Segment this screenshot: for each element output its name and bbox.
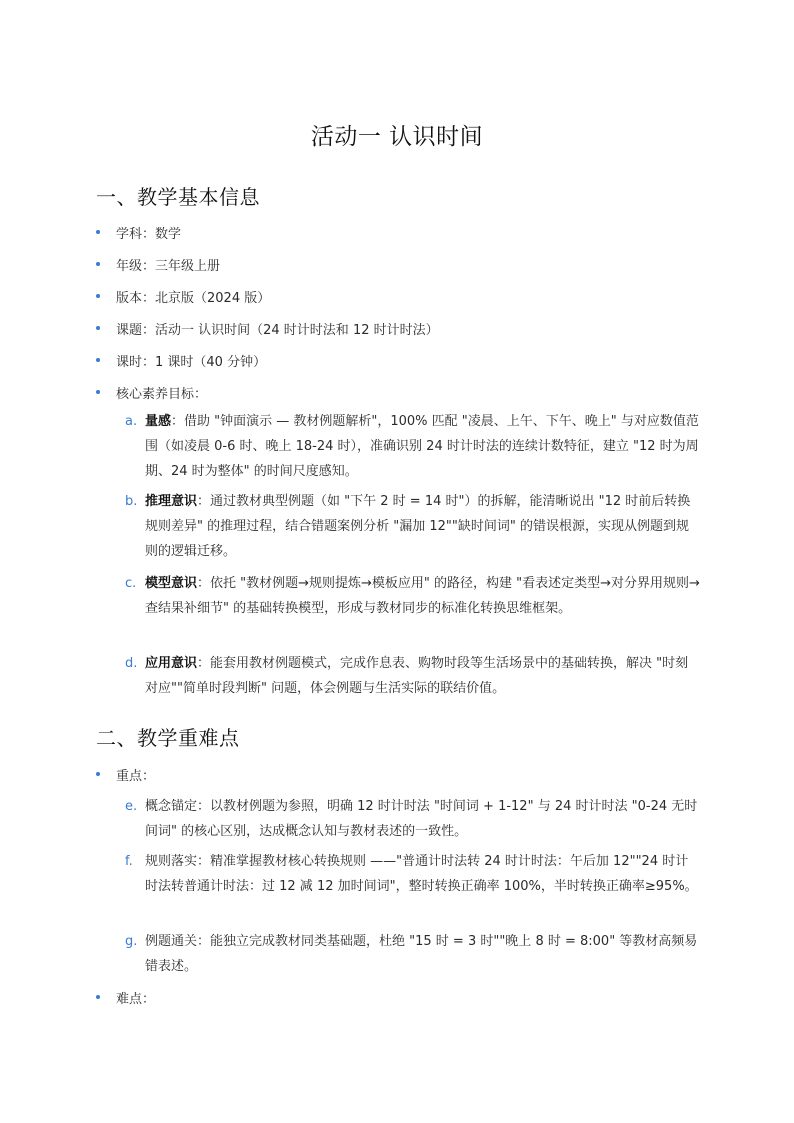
goal-item: d.应用意识：能套用教材例题模式，完成作息表、购物时段等生活场景中的基础转换，解… [125,651,700,701]
bullet-icon [96,262,100,266]
key-point-item: g.例题通关：能独立完成教材同类基础题，杜绝 "15 时 = 3 时""晚上 8… [125,929,700,979]
goal-item: c.模型意识：依托 "教材例题→规则提炼→模板应用" 的路径，构建 "看表述定类… [125,571,700,621]
section-heading-key-points: 二、教学重难点 [96,722,240,751]
bullet-icon [96,358,100,362]
bullet-icon [96,230,100,234]
page-title: 活动一 认识时间 [0,118,794,151]
bullet-icon [96,294,100,298]
key-point-item: f.规则落实：精准掌握教材核心转换规则 ——"普通计时法转 24 时计时法：午后… [125,849,700,899]
bullet-icon [96,772,100,776]
bullet-icon [96,390,100,394]
goal-item: a.量感：借助 "钟面演示 — 教材例题解析"，100% 匹配 "凌晨、上午、下… [125,409,700,484]
key-point-item: e.概念锚定：以教材例题为参照，明确 12 时计时法 "时间词 + 1-12" … [125,794,700,844]
bullet-icon [96,995,100,999]
document-page: 活动一 认识时间 一、教学基本信息 学科：数学 年级：三年级上册 版本：北京版（… [0,0,794,1123]
bullet-icon [96,326,100,330]
goal-item: b.推理意识：通过教材典型例题（如 "下午 2 时 = 14 时"）的拆解，能清… [125,489,700,564]
section-heading-basic-info: 一、教学基本信息 [96,181,260,210]
